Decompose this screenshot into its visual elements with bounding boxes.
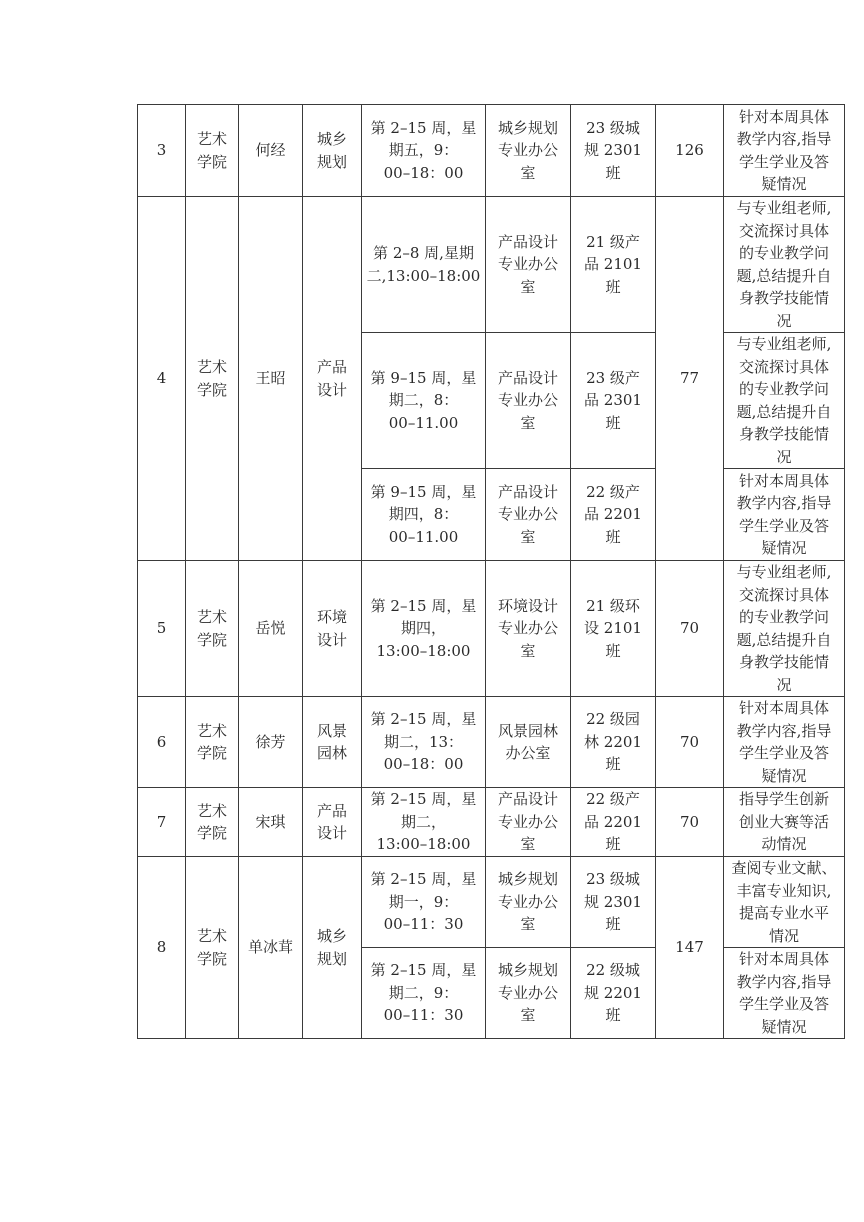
teacher-cell: 王昭 bbox=[239, 197, 303, 561]
table-row: 7 艺术 学院 宋琪 产品 设计 第 2–15 周，星 期二， 13:00–18… bbox=[138, 788, 845, 857]
time-cell: 第 9–15 周，星 期四，8： 00–11.00 bbox=[362, 469, 486, 561]
content-cell: 针对本周具体 教学内容,指导 学生学业及答 疑情况 bbox=[724, 105, 845, 197]
teacher-cell: 岳悦 bbox=[239, 561, 303, 697]
schedule-table: 3 艺术 学院 何经 城乡 规划 第 2–15 周，星 期五，9： 00–18：… bbox=[137, 104, 845, 1039]
time-cell: 第 2–8 周,星期 二,13:00–18:00 bbox=[362, 197, 486, 333]
time-cell: 第 9–15 周，星 期二，8： 00–11.00 bbox=[362, 333, 486, 469]
class-cell: 21 级环 设 2101 班 bbox=[571, 561, 656, 697]
class-cell: 22 级产 品 2201 班 bbox=[571, 788, 656, 857]
hours-cell: 70 bbox=[656, 561, 724, 697]
college-cell: 艺术 学院 bbox=[186, 857, 239, 1039]
place-cell: 产品设计 专业办公 室 bbox=[486, 197, 571, 333]
class-cell: 22 级产 品 2201 班 bbox=[571, 469, 656, 561]
place-cell: 城乡规划 专业办公 室 bbox=[486, 857, 571, 948]
content-cell: 针对本周具体 教学内容,指导 学生学业及答 疑情况 bbox=[724, 697, 845, 788]
table-row: 8 艺术 学院 单冰茸 城乡 规划 第 2–15 周，星 期一，9： 00–11… bbox=[138, 857, 845, 948]
teacher-cell: 何经 bbox=[239, 105, 303, 197]
row-number: 8 bbox=[138, 857, 186, 1039]
table-row: 3 艺术 学院 何经 城乡 规划 第 2–15 周，星 期五，9： 00–18：… bbox=[138, 105, 845, 197]
hours-cell: 70 bbox=[656, 697, 724, 788]
college-cell: 艺术 学院 bbox=[186, 561, 239, 697]
time-cell: 第 2–15 周，星 期二， 13:00–18:00 bbox=[362, 788, 486, 857]
hours-cell: 70 bbox=[656, 788, 724, 857]
place-cell: 产品设计 专业办公 室 bbox=[486, 469, 571, 561]
content-cell: 与专业组老师, 交流探讨具体 的专业教学问 题,总结提升自 身教学技能情 况 bbox=[724, 561, 845, 697]
place-cell: 产品设计 专业办公 室 bbox=[486, 333, 571, 469]
time-cell: 第 2–15 周，星 期五，9： 00–18：00 bbox=[362, 105, 486, 197]
college-cell: 艺术 学院 bbox=[186, 197, 239, 561]
college-cell: 艺术 学院 bbox=[186, 788, 239, 857]
row-number: 6 bbox=[138, 697, 186, 788]
content-cell: 与专业组老师, 交流探讨具体 的专业教学问 题,总结提升自 身教学技能情 况 bbox=[724, 197, 845, 333]
teacher-cell: 单冰茸 bbox=[239, 857, 303, 1039]
row-number: 7 bbox=[138, 788, 186, 857]
teacher-cell: 宋琪 bbox=[239, 788, 303, 857]
table-row: 5 艺术 学院 岳悦 环境 设计 第 2–15 周，星 期四， 13:00–18… bbox=[138, 561, 845, 697]
row-number: 3 bbox=[138, 105, 186, 197]
class-cell: 21 级产 品 2101 班 bbox=[571, 197, 656, 333]
place-cell: 城乡规划 专业办公 室 bbox=[486, 948, 571, 1039]
major-cell: 城乡 规划 bbox=[303, 105, 362, 197]
class-cell: 23 级城 规 2301 班 bbox=[571, 857, 656, 948]
time-cell: 第 2–15 周，星 期一，9： 00–11：30 bbox=[362, 857, 486, 948]
class-cell: 23 级城 规 2301 班 bbox=[571, 105, 656, 197]
time-cell: 第 2–15 周，星 期二，9： 00–11：30 bbox=[362, 948, 486, 1039]
class-cell: 22 级园 林 2201 班 bbox=[571, 697, 656, 788]
content-cell: 指导学生创新 创业大赛等活 动情况 bbox=[724, 788, 845, 857]
content-cell: 针对本周具体 教学内容,指导 学生学业及答 疑情况 bbox=[724, 469, 845, 561]
college-cell: 艺术 学院 bbox=[186, 697, 239, 788]
major-cell: 城乡 规划 bbox=[303, 857, 362, 1039]
table-row: 4 艺术 学院 王昭 产品 设计 第 2–8 周,星期 二,13:00–18:0… bbox=[138, 197, 845, 333]
hours-cell: 126 bbox=[656, 105, 724, 197]
row-number: 5 bbox=[138, 561, 186, 697]
place-cell: 产品设计 专业办公 室 bbox=[486, 788, 571, 857]
content-cell: 针对本周具体 教学内容,指导 学生学业及答 疑情况 bbox=[724, 948, 845, 1039]
content-cell: 查阅专业文献、 丰富专业知识, 提高专业水平 情况 bbox=[724, 857, 845, 948]
class-cell: 23 级产 品 2301 班 bbox=[571, 333, 656, 469]
major-cell: 环境 设计 bbox=[303, 561, 362, 697]
place-cell: 风景园林 办公室 bbox=[486, 697, 571, 788]
college-cell: 艺术 学院 bbox=[186, 105, 239, 197]
time-cell: 第 2–15 周，星 期二，13： 00–18：00 bbox=[362, 697, 486, 788]
teacher-cell: 徐芳 bbox=[239, 697, 303, 788]
major-cell: 产品 设计 bbox=[303, 788, 362, 857]
hours-cell: 147 bbox=[656, 857, 724, 1039]
place-cell: 环境设计 专业办公 室 bbox=[486, 561, 571, 697]
major-cell: 风景 园林 bbox=[303, 697, 362, 788]
time-cell: 第 2–15 周，星 期四， 13:00–18:00 bbox=[362, 561, 486, 697]
class-cell: 22 级城 规 2201 班 bbox=[571, 948, 656, 1039]
major-cell: 产品 设计 bbox=[303, 197, 362, 561]
hours-cell: 77 bbox=[656, 197, 724, 561]
table-row: 6 艺术 学院 徐芳 风景 园林 第 2–15 周，星 期二，13： 00–18… bbox=[138, 697, 845, 788]
place-cell: 城乡规划 专业办公 室 bbox=[486, 105, 571, 197]
row-number: 4 bbox=[138, 197, 186, 561]
content-cell: 与专业组老师, 交流探讨具体 的专业教学问 题,总结提升自 身教学技能情 况 bbox=[724, 333, 845, 469]
